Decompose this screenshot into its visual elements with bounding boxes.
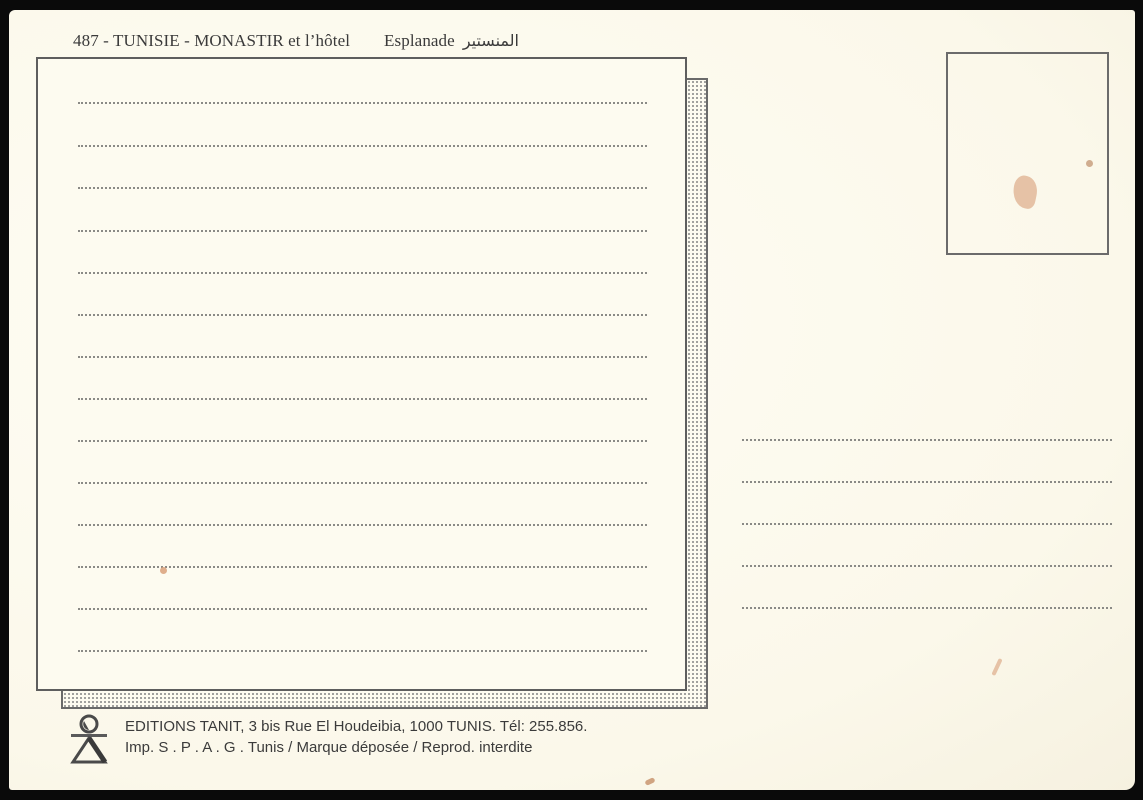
address-line xyxy=(742,607,1112,609)
message-line xyxy=(78,314,647,316)
message-line xyxy=(78,102,647,104)
message-line xyxy=(78,482,647,484)
publisher-info: EDITIONS TANIT, 3 bis Rue El Houdeibia, … xyxy=(125,716,587,758)
address-line xyxy=(742,523,1112,525)
postcard-caption: 487 - TUNISIE - MONASTIR et l’hôtelEspla… xyxy=(73,31,519,51)
message-line xyxy=(78,398,647,400)
message-line xyxy=(78,272,647,274)
address-line xyxy=(742,481,1112,483)
message-line xyxy=(78,440,647,442)
message-line xyxy=(78,608,647,610)
stain-mark xyxy=(160,567,167,574)
caption-location: 487 - TUNISIE - MONASTIR et l’hôtel xyxy=(73,31,350,50)
stamp-box xyxy=(946,52,1109,255)
printer-line: Imp. S . P . A . G . Tunis / Marque dépo… xyxy=(125,737,587,758)
message-line xyxy=(78,187,647,189)
message-line xyxy=(78,524,647,526)
tanit-symbol-icon xyxy=(68,712,110,766)
message-box xyxy=(36,57,687,691)
message-line xyxy=(78,145,647,147)
caption-subject: Esplanade xyxy=(384,31,455,50)
address-line xyxy=(742,439,1112,441)
stain-mark xyxy=(1086,160,1093,167)
message-line xyxy=(78,356,647,358)
publisher-line: EDITIONS TANIT, 3 bis Rue El Houdeibia, … xyxy=(125,716,587,737)
message-line xyxy=(78,650,647,652)
message-line xyxy=(78,230,647,232)
caption-arabic: المنستير xyxy=(463,31,519,50)
address-line xyxy=(742,565,1112,567)
